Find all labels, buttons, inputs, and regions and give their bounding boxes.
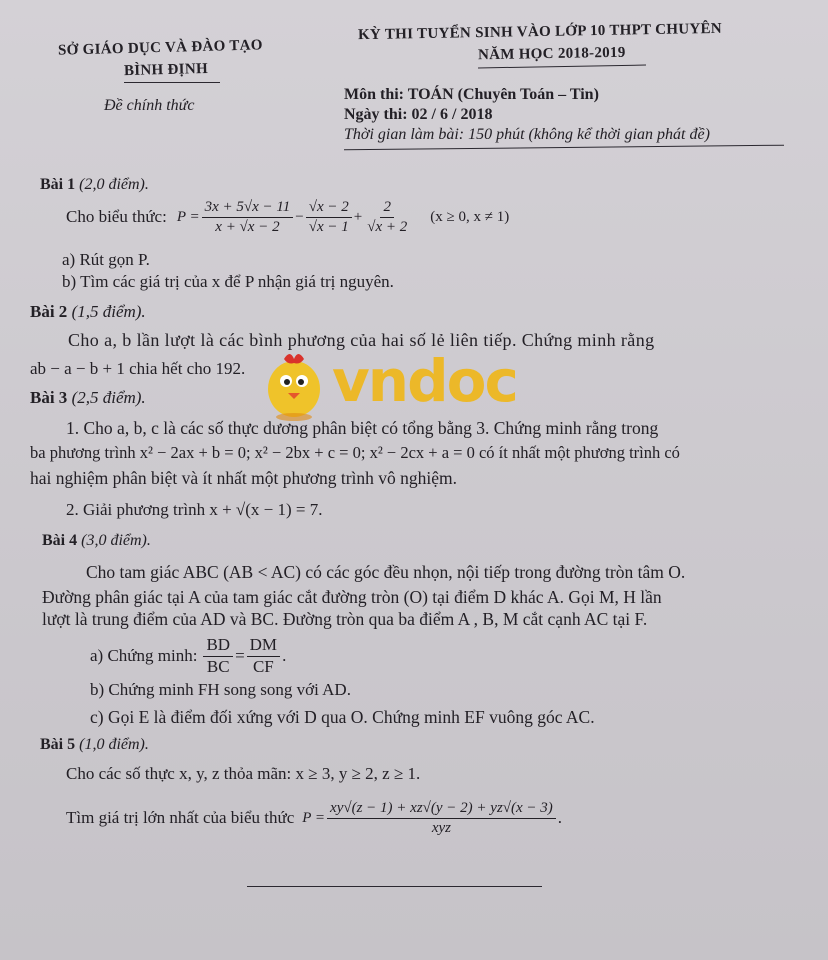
ratio-bd-bc: BD BC: [203, 636, 233, 676]
problem-4-title: Bài 4: [42, 532, 77, 549]
fraction-3: 2 √x + 2: [364, 199, 410, 235]
problem-1a: a) Rút gọn P.: [62, 250, 150, 270]
problem-3-line2: ba phương trình x² − 2ax + b = 0; x² − 2…: [30, 443, 680, 463]
problem-4-line1: Cho tam giác ABC (AB < AC) có các góc đề…: [86, 562, 685, 583]
end-divider: [247, 886, 542, 887]
province-underline: [124, 82, 220, 83]
problem-2-heading: Bài 2 (1,5 điểm).: [30, 302, 146, 322]
duration-underline: [344, 145, 784, 151]
problem-1-title: Bài 1: [40, 176, 75, 193]
official-label: Đề chính thức: [104, 97, 194, 115]
exam-title: KỲ THI TUYỂN SINH VÀO LỚP 10 THPT CHUYÊN: [358, 21, 722, 44]
problem-2-title: Bài 2: [30, 302, 67, 321]
problem-5-heading: Bài 5 (1,0 điểm).: [40, 736, 149, 754]
problem-3-line1: 1. Cho a, b, c là các số thực dương phân…: [66, 418, 658, 439]
problem-2-points: (1,5 điểm).: [72, 302, 146, 321]
problem-1-expression: Cho biểu thức: P = 3x + 5√x − 11 x + √x …: [66, 199, 509, 235]
school-year-underline: [478, 65, 646, 69]
problem-3-points: (2,5 điểm).: [72, 388, 146, 407]
problem-3-line4: 2. Giải phương trình x + √(x − 1) = 7.: [66, 500, 323, 520]
subject-line: Môn thi: TOÁN (Chuyên Toán – Tin): [344, 86, 599, 104]
problem-3-line3: hai nghiệm phân biệt và ít nhất một phươ…: [30, 468, 457, 489]
expr-p-lhs: P =: [302, 810, 325, 827]
expr-lhs: P =: [177, 209, 200, 226]
exam-duration: Thời gian làm bài: 150 phút (không kể th…: [344, 126, 710, 144]
school-year: NĂM HỌC 2018-2019: [478, 45, 626, 65]
domain-condition: (x ≥ 0, x ≠ 1): [430, 209, 509, 226]
ratio-dm-cf: DM CF: [247, 636, 280, 676]
problem-5-points: (1,0 điểm).: [79, 736, 149, 753]
problem-2-line2: ab − a − b + 1 chia hết cho 192.: [30, 359, 245, 379]
province-name: BÌNH ĐỊNH: [124, 61, 208, 80]
problem-4-points: (3,0 điểm).: [81, 532, 151, 549]
fraction-2: √x − 2 √x − 1: [306, 199, 352, 235]
problem-5-intro: Tìm giá trị lớn nhất của biểu thức: [66, 808, 294, 828]
chick-mascot-icon: [260, 345, 328, 421]
problem-4b: b) Chứng minh FH song song với AD.: [90, 680, 351, 700]
problem-1-intro: Cho biểu thức:: [66, 207, 167, 227]
fraction-1: 3x + 5√x − 11 x + √x − 2: [202, 199, 294, 235]
problem-4a: a) Chứng minh: BD BC = DM CF .: [90, 636, 286, 676]
problem-4c: c) Gọi E là điểm đối xứng với D qua O. C…: [90, 707, 595, 728]
problem-5-line1: Cho các số thực x, y, z thỏa mãn: x ≥ 3,…: [66, 764, 420, 784]
exam-paper: SỞ GIÁO DỤC VÀ ĐÀO TẠO BÌNH ĐỊNH Đề chín…: [0, 0, 828, 960]
problem-1-points: (2,0 điểm).: [79, 176, 149, 193]
department-name: SỞ GIÁO DỤC VÀ ĐÀO TẠO: [58, 37, 263, 59]
watermark-text: vndoc: [332, 347, 517, 415]
problem-5-title: Bài 5: [40, 736, 75, 753]
problem-4-heading: Bài 4 (3,0 điểm).: [42, 532, 151, 550]
problem-3-heading: Bài 3 (2,5 điểm).: [30, 388, 146, 408]
problem-1-heading: Bài 1 (2,0 điểm).: [40, 176, 149, 194]
problem-4a-label: a) Chứng minh:: [90, 646, 197, 666]
problem-1b: b) Tìm các giá trị của x để P nhận giá t…: [62, 272, 394, 292]
vndoc-watermark: vndoc: [260, 345, 560, 425]
problem-3-title: Bài 3: [30, 388, 67, 407]
fraction-p: xy√(z − 1) + xz√(y − 2) + yz√(x − 3) xyz: [327, 800, 556, 836]
problem-4-line2: Đường phân giác tại A của tam giác cắt đ…: [42, 587, 662, 608]
exam-date: Ngày thi: 02 / 6 / 2018: [344, 106, 492, 124]
problem-5-line2: Tìm giá trị lớn nhất của biểu thức P = x…: [66, 800, 562, 836]
problem-4-line3: lượt là trung điểm của AD và BC. Đường t…: [42, 609, 647, 630]
